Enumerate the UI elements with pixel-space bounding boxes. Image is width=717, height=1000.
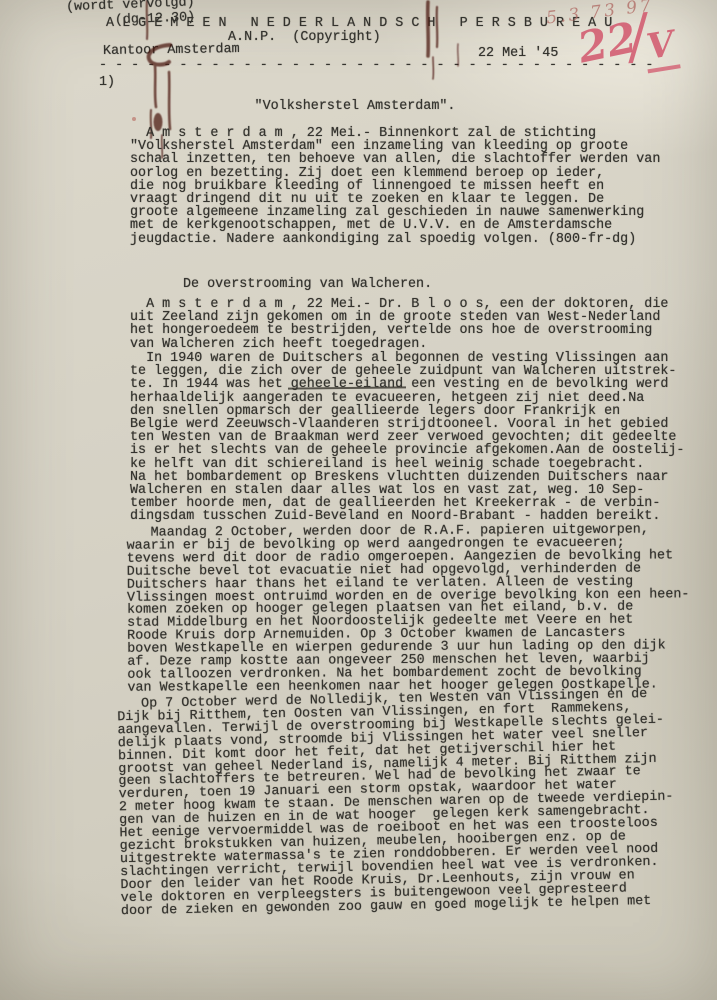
article-2-title: De overstrooming van Walcheren. [183, 278, 432, 291]
article-2-paragraph-1: A m s t e r d a m , 22 Mei.- Dr. B l o o… [130, 298, 668, 351]
article-2-paragraph-4: Op 7 October werd de Nolledijk, ten West… [117, 689, 676, 919]
item-number: 1) [99, 76, 115, 89]
anp-copyright-line: A.N.P. (Copyright) [228, 31, 381, 44]
scanned-document-page: A L G E M E E N N E D E R L A N D S C H … [0, 0, 717, 1000]
typed-dash-divider: - - - - - - - - - - - - - - - - - - - - … [99, 59, 653, 72]
article-1-title: "Volksherstel Amsterdam". [90, 100, 620, 113]
office-line: Kantoor Amsterdam [103, 43, 240, 58]
red-mark-month: V [641, 23, 681, 74]
article-2-paragraph-3: Maandag 2 October, werden door de R.A.F.… [126, 524, 690, 695]
article-2-paragraph-2: In 1940 waren de Duitschers al begonnen … [130, 352, 684, 524]
article-1-paragraph: A m s t e r d a m , 22 Mei.- Binnenkort … [130, 127, 660, 246]
